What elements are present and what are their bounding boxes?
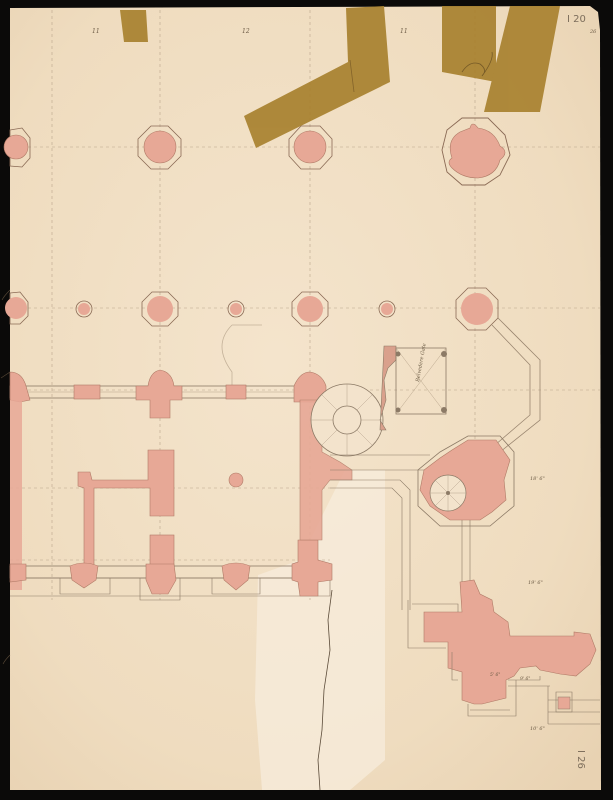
dim-label: 12: [242, 28, 250, 35]
column-pier: [289, 126, 332, 169]
dim-label: 11: [400, 28, 408, 35]
dim-label: 26: [589, 29, 597, 35]
tape-strip: [120, 10, 148, 42]
dim-label: 5' 6": [490, 672, 500, 678]
dim-label: 9' 6": [520, 676, 530, 682]
column-pier: [138, 126, 181, 169]
dim-label: 10' 6": [530, 726, 545, 732]
catalog-number-top: I 20: [567, 14, 586, 25]
column-pier: [142, 292, 178, 326]
floor-plan-sheet: Belvedere Gate: [0, 0, 613, 800]
dim-label: 19' 6": [528, 580, 543, 586]
hall-wall-left: [10, 400, 22, 590]
column-small: [76, 301, 92, 317]
catalog-number-bottom: I 26: [575, 750, 586, 769]
dim-label: 18' 6": [530, 476, 545, 482]
tape-strip: [442, 6, 496, 82]
dim-label: 11: [92, 28, 100, 35]
column-small: [228, 301, 244, 317]
column-small: [379, 301, 395, 317]
column-pier: [292, 292, 328, 326]
